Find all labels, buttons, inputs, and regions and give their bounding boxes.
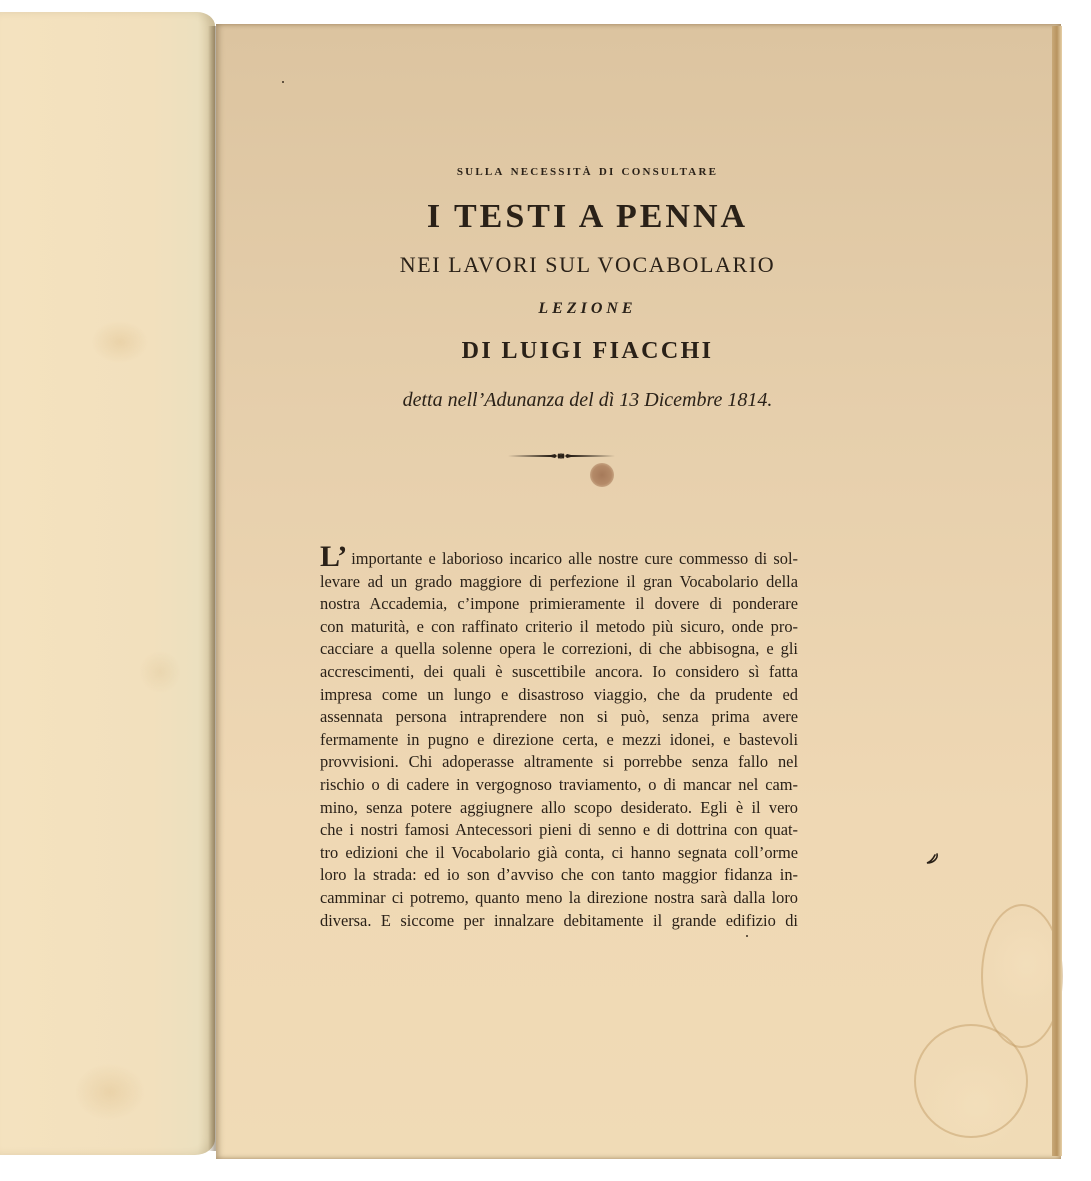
body-line: tro edizioni che il Vocabolario già cont… [320, 842, 798, 865]
body-line: cacciare a quella solenne opera le corre… [320, 638, 798, 661]
left-page-blank [0, 12, 215, 1155]
body-line: che i nostri famosi Antecessori pieni di… [320, 819, 798, 842]
body-line: assennata persona intraprendere non si p… [320, 706, 798, 729]
water-stain [981, 904, 1063, 1048]
body-line: con maturità, e con raffinato criterio i… [320, 616, 798, 639]
water-stain [914, 1024, 1028, 1138]
body-line: nostra Accademia, c’impone primieramente… [320, 593, 798, 616]
pen-mark-icon [924, 852, 940, 866]
ink-speck [746, 935, 748, 937]
heading-main-title: I TESTI A PENNA [215, 198, 960, 236]
body-line: impresa come un lungo e disastroso viagg… [320, 684, 798, 707]
heading-line-1-text: Sulla necessità di consultare [457, 162, 718, 179]
foxing-spot [590, 463, 614, 487]
heading-lezione: LEZIONE [215, 300, 960, 318]
ornamental-rule-icon [507, 450, 615, 462]
body-line: diversa. E siccome per innalzare debitam… [320, 910, 798, 933]
heading-date-line: detta nell’Adunanza del dì 13 Dicembre 1… [215, 389, 960, 412]
heading-subtitle: NEI LAVORI SUL VOCABOLARIO [215, 252, 960, 278]
body-line: mino, senza potere aggiugnere allo scopo… [320, 797, 798, 820]
body-line: accrescimenti, dei quali è suscettibile … [320, 661, 798, 684]
ink-speck [282, 81, 284, 83]
body-line: rischio o di cadere in vergognoso travia… [320, 774, 798, 797]
drop-cap: L’ [320, 540, 347, 573]
body-line: provvisioni. Chi adoperasse altramente s… [320, 751, 798, 774]
body-line: camminar ci potremo, quanto meno la dire… [320, 887, 798, 910]
body-paragraph: L’importante e laborioso incarico alle n… [320, 548, 798, 932]
body-line: fermamente in pugno e direzione certa, e… [320, 729, 798, 752]
body-line: loro la strada: ed io son d’avviso che c… [320, 864, 798, 887]
heading-author: DI LUIGI FIACCHI [215, 338, 960, 365]
body-line: L’importante e laborioso incarico alle n… [320, 548, 798, 571]
body-line: levare ad un grado maggiore di perfezion… [320, 571, 798, 594]
body-line-text: importante e laborioso incarico alle nos… [351, 549, 798, 568]
heading-line-1: Sulla necessità di consultare [215, 162, 960, 180]
page-edge [1052, 26, 1062, 1156]
